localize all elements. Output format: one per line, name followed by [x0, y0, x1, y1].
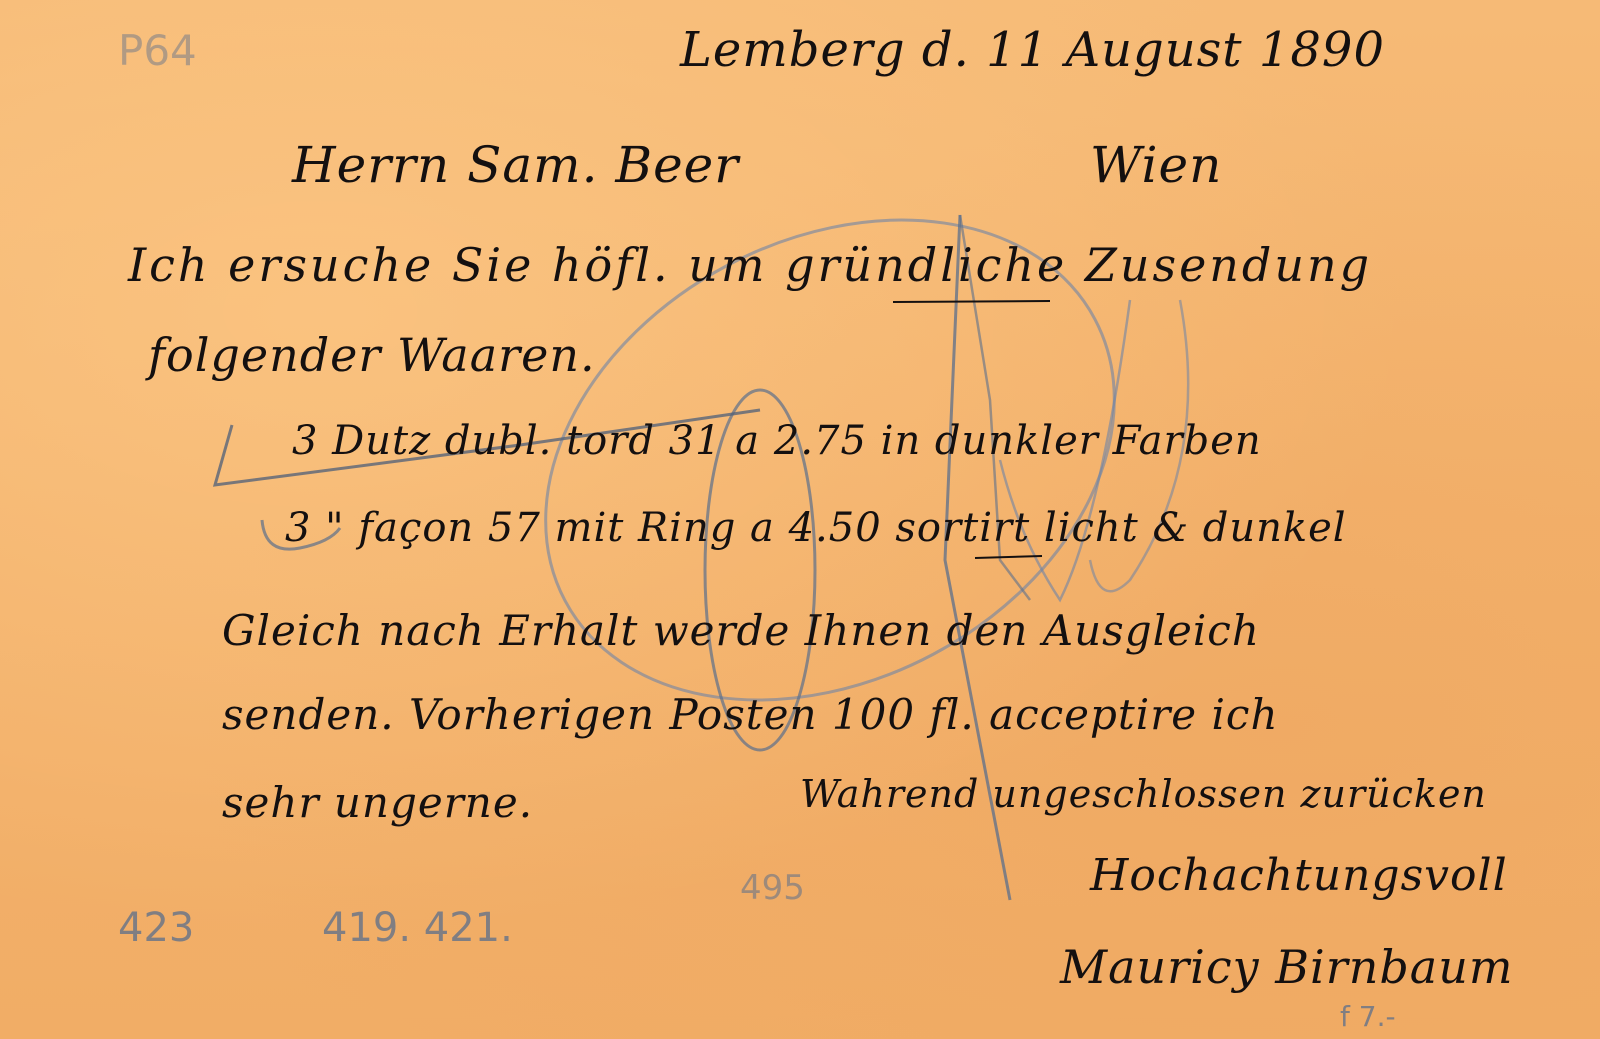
- closing-line-2: senden. Vorherigen Posten 100 fl. accept…: [222, 690, 1279, 739]
- closing-line-1: Gleich nach Erhalt werde Ihnen den Ausgl…: [222, 606, 1260, 655]
- signature-name: Mauricy Birnbaum: [1060, 940, 1513, 994]
- postcard: P64 Lemberg d. 11 August 1890 Herrn Sam.…: [0, 0, 1600, 1039]
- order-item-2: 3 " façon 57 mit Ring a 4.50 sortirt lic…: [285, 505, 1347, 551]
- order-item-1-price: 2.75: [774, 418, 867, 464]
- pencil-note-495: 495: [740, 868, 805, 908]
- order-item-2-price: 4.50: [789, 505, 882, 551]
- signature-greeting: Hochachtungsvoll: [1090, 850, 1508, 901]
- place-date: Lemberg d. 11 August 1890: [680, 22, 1385, 78]
- closing-line-4: Wahrend ungeschlossen zurücken: [800, 772, 1487, 816]
- pencil-note-price: f 7.-: [1340, 1000, 1396, 1033]
- closing-line-3: sehr ungerne.: [222, 778, 533, 827]
- order-item-1: 3 Dutz dubl. tord 31 a 2.75 in dunkler F…: [292, 418, 1262, 464]
- addressee-name: Herrn Sam. Beer: [292, 136, 739, 194]
- order-item-2-qty: 3: [285, 505, 311, 551]
- order-item-1-price-prefix: a: [735, 418, 760, 464]
- order-item-2-ditto: ": [325, 505, 344, 551]
- pencil-note-423: 423: [118, 905, 194, 951]
- order-item-2-note: sortirt licht & dunkel: [895, 505, 1346, 551]
- pencil-note-419-421: 419. 421.: [322, 905, 513, 951]
- order-item-1-text: dubl. tord 31: [445, 418, 722, 464]
- order-item-2-price-prefix: a: [750, 505, 775, 551]
- body-line-1: Ich ersuche Sie höfl. um gründliche Zuse…: [128, 238, 1372, 292]
- archive-mark: P64: [118, 26, 197, 75]
- order-item-1-qty: 3 Dutz: [292, 418, 431, 464]
- order-item-2-text: façon 57 mit Ring: [358, 505, 736, 551]
- order-item-1-note: in dunkler Farben: [881, 418, 1262, 464]
- addressee-city: Wien: [1090, 136, 1222, 194]
- body-line-2: folgender Waaren.: [148, 328, 596, 382]
